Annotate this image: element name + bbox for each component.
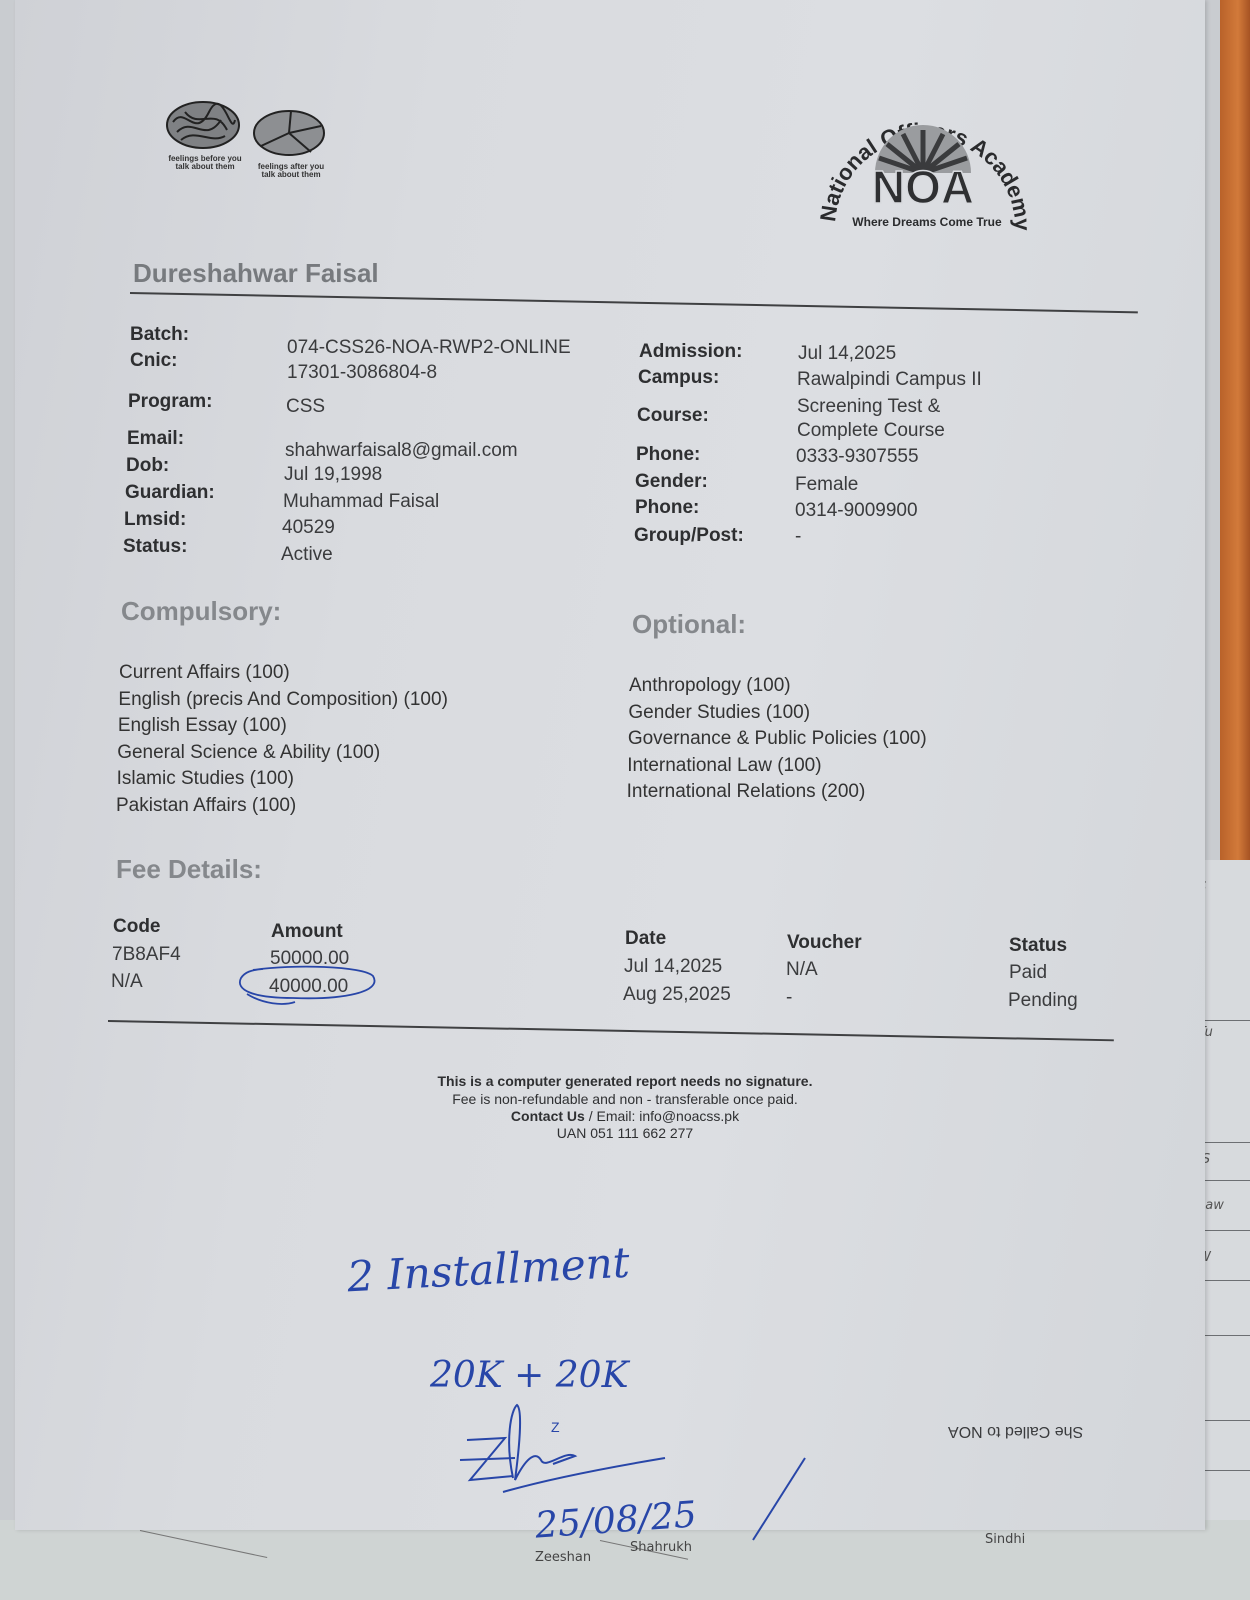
batch-value: 074-CSS26-NOA-RWP2-ONLINE xyxy=(287,337,571,359)
fee-date: Aug 25,2025 xyxy=(623,984,731,1006)
optional-list: Anthropology (100)Gender Studies (100)Go… xyxy=(629,673,927,806)
group-post-label: Group/Post: xyxy=(634,525,744,547)
batch-label: Batch: xyxy=(130,324,189,346)
fee-col-date: Date xyxy=(625,928,666,950)
fee-date: Jul 14,2025 xyxy=(624,956,722,978)
compulsory-subject: Current Affairs (100) xyxy=(119,660,448,687)
course-value-line2: Complete Course xyxy=(797,420,945,442)
compulsory-subject: English (precis And Composition) (100) xyxy=(118,687,448,714)
optional-subject: Gender Studies (100) xyxy=(628,700,926,727)
illustration-caption: feelings before you talk about them xyxy=(165,155,245,171)
illustration-before: feelings before you talk about them xyxy=(165,100,245,171)
email-value: shahwarfaisal8@gmail.com xyxy=(285,440,518,462)
fee-divider xyxy=(108,1020,1114,1041)
gender-value: Female xyxy=(795,474,858,496)
divided-circle-icon xyxy=(251,108,327,158)
tangled-ball-icon xyxy=(165,100,241,150)
optional-heading: Optional: xyxy=(632,609,746,640)
compulsory-subject: General Science & Ability (100) xyxy=(117,740,448,767)
program-value: CSS xyxy=(286,396,325,418)
gender-label: Gender: xyxy=(635,471,708,493)
optional-subject: Anthropology (100) xyxy=(629,673,927,700)
optional-subject: Governance & Public Policies (100) xyxy=(628,726,927,753)
compulsory-subject: English Essay (100) xyxy=(118,713,448,740)
header-divider xyxy=(130,292,1138,313)
phone2-value: 0314-9009900 xyxy=(795,500,918,522)
group-post-value: - xyxy=(795,526,801,548)
dob-value: Jul 19,1998 xyxy=(284,464,382,486)
campus-value: Rawalpindi Campus II xyxy=(797,369,982,391)
fee-voucher: - xyxy=(786,987,792,1009)
admission-value: Jul 14,2025 xyxy=(798,343,896,365)
fee-col-amount: Amount xyxy=(271,921,343,943)
fee-status-pending: Pending xyxy=(1008,990,1078,1012)
pen-circle-annotation xyxy=(233,962,383,1012)
wooden-desk-edge xyxy=(1220,0,1250,900)
handwritten-amount-split: 20K + 20K xyxy=(430,1355,628,1396)
status-value: Active xyxy=(281,544,333,566)
handwritten-installment-note: 2 Installment xyxy=(346,1238,631,1302)
status-label: Status: xyxy=(123,536,187,558)
illustration-after: feelings after you talk about them xyxy=(251,108,331,179)
fee-col-status: Status xyxy=(1009,935,1067,957)
compulsory-subject: Islamic Studies (100) xyxy=(117,766,448,793)
noa-logo: National Officers Academy NOA Where Drea… xyxy=(815,78,1030,248)
fee-col-code: Code xyxy=(113,916,161,938)
fee-code: N/A xyxy=(111,971,143,993)
phone-label: Phone: xyxy=(636,444,700,466)
contact-email: / Email: info@noacss.pk xyxy=(585,1108,739,1124)
contact-us-label: Contact Us xyxy=(511,1108,585,1124)
cnic-value: 17301-3086804-8 xyxy=(287,362,437,384)
sheet-name: Shahrukh xyxy=(630,1540,692,1555)
course-value-line1: Screening Test & xyxy=(797,396,940,418)
signature-initial: Z xyxy=(551,1419,560,1435)
fee-col-voucher: Voucher xyxy=(787,932,862,954)
fee-details-heading: Fee Details: xyxy=(116,854,262,885)
email-label: Email: xyxy=(127,428,184,450)
student-name: Dureshahwar Faisal xyxy=(133,258,379,289)
program-label: Program: xyxy=(128,391,212,413)
admission-label: Admission: xyxy=(639,341,742,363)
footer-refund-policy: Fee is non-refundable and non - transfer… xyxy=(395,1091,855,1108)
guardian-label: Guardian: xyxy=(125,482,215,504)
lmsid-label: Lmsid: xyxy=(124,509,186,531)
optional-subject: International Relations (200) xyxy=(627,779,927,806)
svg-text:Where Dreams Come True: Where Dreams Come True xyxy=(852,215,1002,229)
guardian-value: Muhammad Faisal xyxy=(283,491,439,513)
fee-status-paid: Paid xyxy=(1009,962,1047,984)
campus-label: Campus: xyxy=(638,367,719,389)
svg-text:NOA: NOA xyxy=(872,161,974,213)
optional-subject: International Law (100) xyxy=(627,753,926,780)
noa-emblem-icon: National Officers Academy NOA Where Drea… xyxy=(815,78,1030,248)
compulsory-subject: Pakistan Affairs (100) xyxy=(116,793,448,820)
phone-value: 0333-9307555 xyxy=(796,446,919,468)
dob-label: Dob: xyxy=(126,455,169,477)
sheet-name: Sindhi xyxy=(985,1532,1025,1547)
fee-code: 7B8AF4 xyxy=(112,944,181,966)
footer-disclaimer: This is a computer generated report need… xyxy=(395,1073,855,1090)
compulsory-list: Current Affairs (100)English (precis And… xyxy=(119,660,448,819)
course-label: Course: xyxy=(637,405,709,427)
illustration-caption: feelings after you talk about them xyxy=(251,163,331,179)
footer-uan: UAN 051 111 662 277 xyxy=(395,1125,855,1142)
sheet-name: Zeeshan xyxy=(535,1550,591,1565)
footer-contact: Contact Us / Email: info@noacss.pk xyxy=(395,1108,855,1125)
compulsory-heading: Compulsory: xyxy=(121,596,281,627)
pen-stroke-mark xyxy=(745,1450,825,1550)
lmsid-value: 40529 xyxy=(282,517,335,539)
bleed-through-text: She Called to NOA xyxy=(948,1422,1083,1440)
phone2-label: Phone: xyxy=(635,497,699,519)
handwritten-signature: Z xyxy=(455,1400,685,1510)
admission-report-sheet: feelings before you talk about them feel… xyxy=(15,0,1205,1530)
fee-voucher: N/A xyxy=(786,959,818,981)
cnic-label: Cnic: xyxy=(130,350,178,372)
